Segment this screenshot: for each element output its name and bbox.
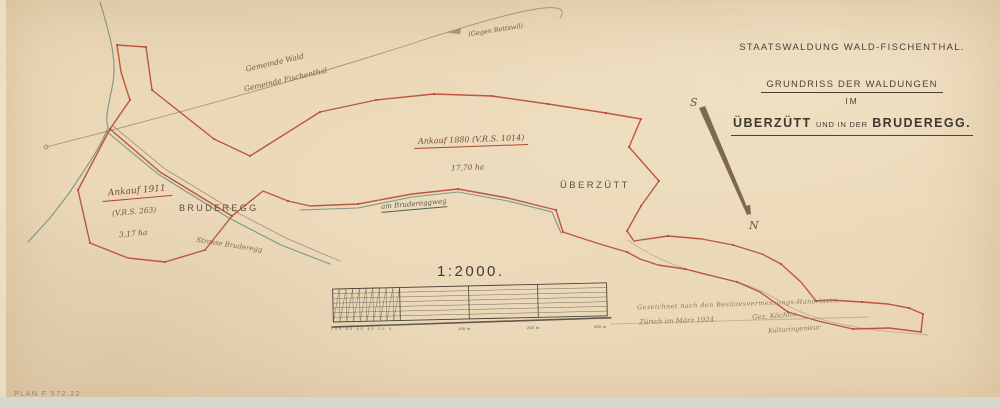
region-connector: UND IN DER <box>816 120 868 129</box>
stream-line <box>28 2 114 242</box>
scale-subdivision-labels: 100 80 60 40 20 0 <box>331 327 393 331</box>
compass-north-label: N <box>749 219 759 232</box>
scale-bar <box>331 283 612 327</box>
subtitle: GRUNDRISS DER WALDUNGEN <box>761 79 942 93</box>
sheet-title: STAATSWALDUNG WALD-FISCHENTHAL. <box>730 42 974 53</box>
scan-edge-left <box>0 0 6 408</box>
region-name-ueberzuett: ÜBERZÜTT <box>733 116 812 130</box>
scale-tick-300: 300 m <box>594 324 607 329</box>
subtitle-regions: ÜBERZÜTT UND IN DER BRUDEREGG. <box>731 114 973 136</box>
map-sheet: STAATSWALDUNG WALD-FISCHENTHAL. GRUNDRIS… <box>0 0 1000 408</box>
label-ueberzuett: ÜBERZÜTT <box>560 180 630 191</box>
scan-edge-bottom <box>0 397 1000 408</box>
scale-ratio: 1:2000. <box>437 263 505 280</box>
region-name-bruderegg: BRUDEREGG. <box>872 116 971 130</box>
subtitle-im: IM <box>730 96 974 106</box>
direction-arrowhead-icon <box>448 28 461 34</box>
label-bruderegg: BRUDEREGG <box>179 203 259 213</box>
parcel-1880-area: 17,70 ha <box>451 162 484 172</box>
title-block: STAATSWALDUNG WALD-FISCHENTHAL. GRUNDRIS… <box>730 42 974 136</box>
scale-tick-100: 100 m <box>458 326 471 331</box>
compass-south-label: S <box>690 96 698 109</box>
scale-tick-200: 200 m <box>527 325 540 330</box>
